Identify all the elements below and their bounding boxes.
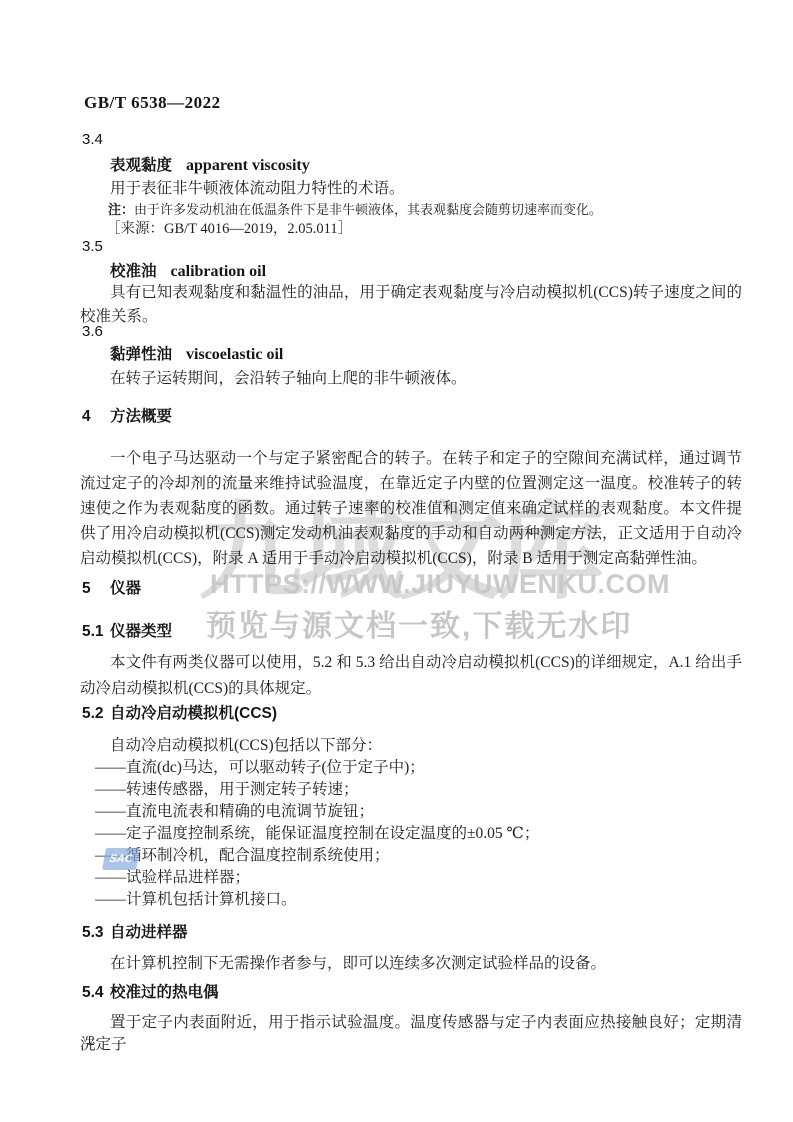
clause-4-heading: 4方法概要	[82, 404, 172, 426]
term-3-4-en: apparent viscosity	[186, 157, 310, 174]
clause-4-number: 4	[82, 408, 110, 426]
list-item: ——直流电流表和精确的电流调节旋钮；	[80, 801, 742, 823]
watermark-url-text: HTTPS://WWW.JIUYUWENKU.COM	[210, 569, 670, 600]
clause-5-1-heading: 5.1仪器类型	[82, 619, 172, 641]
term-3-4-source: ［来源：GB/T 4016—2019，2.05.011］	[106, 217, 352, 238]
clause-5-3-paragraph: 在计算机控制下无需操作者参与，即可以连续多次测定试验样品的设备。	[80, 951, 742, 973]
note-text: 由于许多发动机油在低温条件下是非牛顿液体，其表观黏度会随剪切速率而变化。	[134, 202, 602, 217]
list-item: ——试验样品进样器；	[80, 867, 742, 889]
clause-5-number: 5	[82, 580, 110, 598]
clause-5-1-title: 仪器类型	[110, 623, 172, 640]
clause-4-title: 方法概要	[110, 408, 172, 425]
clause-5-2-title: 自动冷启动模拟机(CCS)	[110, 705, 277, 722]
term-3-4-heading: 表观黏度apparent viscosity	[110, 153, 310, 175]
term-3-5-definition: 具有已知表观黏度和黏温性的油品，用于确定表观黏度与冷启动模拟机(CCS)转子速度…	[80, 281, 742, 329]
document-page: 九域文库 HTTPS://WWW.JIUYUWENKU.COM 预览与源文档一致…	[0, 0, 793, 1122]
term-3-5-zh: 校准油	[110, 263, 157, 280]
clause-5-2-intro: 自动冷启动模拟机(CCS)包括以下部分：	[80, 735, 742, 757]
clause-4-paragraph: 一个电子马达驱动一个与定子紧密配合的转子。在转子和定子的空隙间充满试样，通过调节…	[80, 446, 742, 571]
watermark-tagline-text: 预览与源文档一致,下载无水印	[206, 601, 632, 645]
term-3-6-heading: 黏弹性油viscoelastic oil	[110, 342, 283, 364]
term-3-6-zh: 黏弹性油	[110, 346, 172, 363]
list-item: ——定子温度控制系统，能保证温度控制在设定温度的±0.05 ℃；	[80, 823, 742, 845]
clause-5-2-heading: 5.2自动冷启动模拟机(CCS)	[82, 701, 277, 723]
term-3-5-en: calibration oil	[171, 263, 267, 280]
clause-5-1-paragraph: 本文件有两类仪器可以使用，5.2 和 5.3 给出自动冷启动模拟机(CCS)的详…	[80, 650, 742, 702]
clause-5-4-title: 校准过的热电偶	[110, 984, 219, 1001]
clause-5-4-number: 5.4	[82, 984, 110, 1002]
term-3-4-definition: 用于表征非牛顿液体流动阻力特性的术语。	[110, 176, 405, 198]
clause-5-4-paragraph: 置于定子内表面附近，用于指示试验温度。温度传感器与定子内表面应热接触良好；定期清…	[80, 1010, 742, 1054]
note-label: 注：	[108, 202, 134, 217]
list-item: ——转速传感器，用于测定转子转速；	[80, 779, 742, 801]
term-3-4-note: 注：由于许多发动机油在低温条件下是非牛顿液体，其表观黏度会随剪切速率而变化。	[108, 199, 602, 218]
clause-5-3-title: 自动进样器	[110, 924, 188, 941]
clause-5-2-number: 5.2	[82, 705, 110, 723]
term-3-5-number: 3.5	[82, 238, 103, 255]
list-item: ——循环制冷机，配合温度控制系统使用；	[80, 845, 742, 867]
clause-5-2-list: 自动冷启动模拟机(CCS)包括以下部分： ——直流(dc)马达，可以驱动转子(位…	[80, 735, 742, 911]
clause-5-3-number: 5.3	[82, 924, 110, 942]
term-3-4-number: 3.4	[82, 131, 103, 148]
list-item: ——直流(dc)马达，可以驱动转子(位于定子中)；	[80, 757, 742, 779]
list-item: ——计算机包括计算机接口。	[80, 889, 742, 911]
term-3-6-en: viscoelastic oil	[186, 346, 283, 363]
clause-5-3-heading: 5.3自动进样器	[82, 920, 188, 942]
term-3-6-definition: 在转子运转期间，会沿转子轴向上爬的非牛顿液体。	[110, 366, 467, 388]
clause-5-4-heading: 5.4校准过的热电偶	[82, 980, 219, 1002]
clause-5-heading: 5仪器	[82, 576, 141, 598]
page-number: 2	[88, 1033, 95, 1049]
clause-5-1-number: 5.1	[82, 623, 110, 641]
term-3-4-zh: 表观黏度	[110, 157, 172, 174]
term-3-5-heading: 校准油calibration oil	[110, 259, 266, 281]
document-code-header: GB/T 6538—2022	[84, 93, 221, 113]
term-3-6-number: 3.6	[82, 323, 103, 340]
sac-logo-badge: SAC	[102, 848, 140, 870]
clause-5-title: 仪器	[110, 580, 141, 597]
